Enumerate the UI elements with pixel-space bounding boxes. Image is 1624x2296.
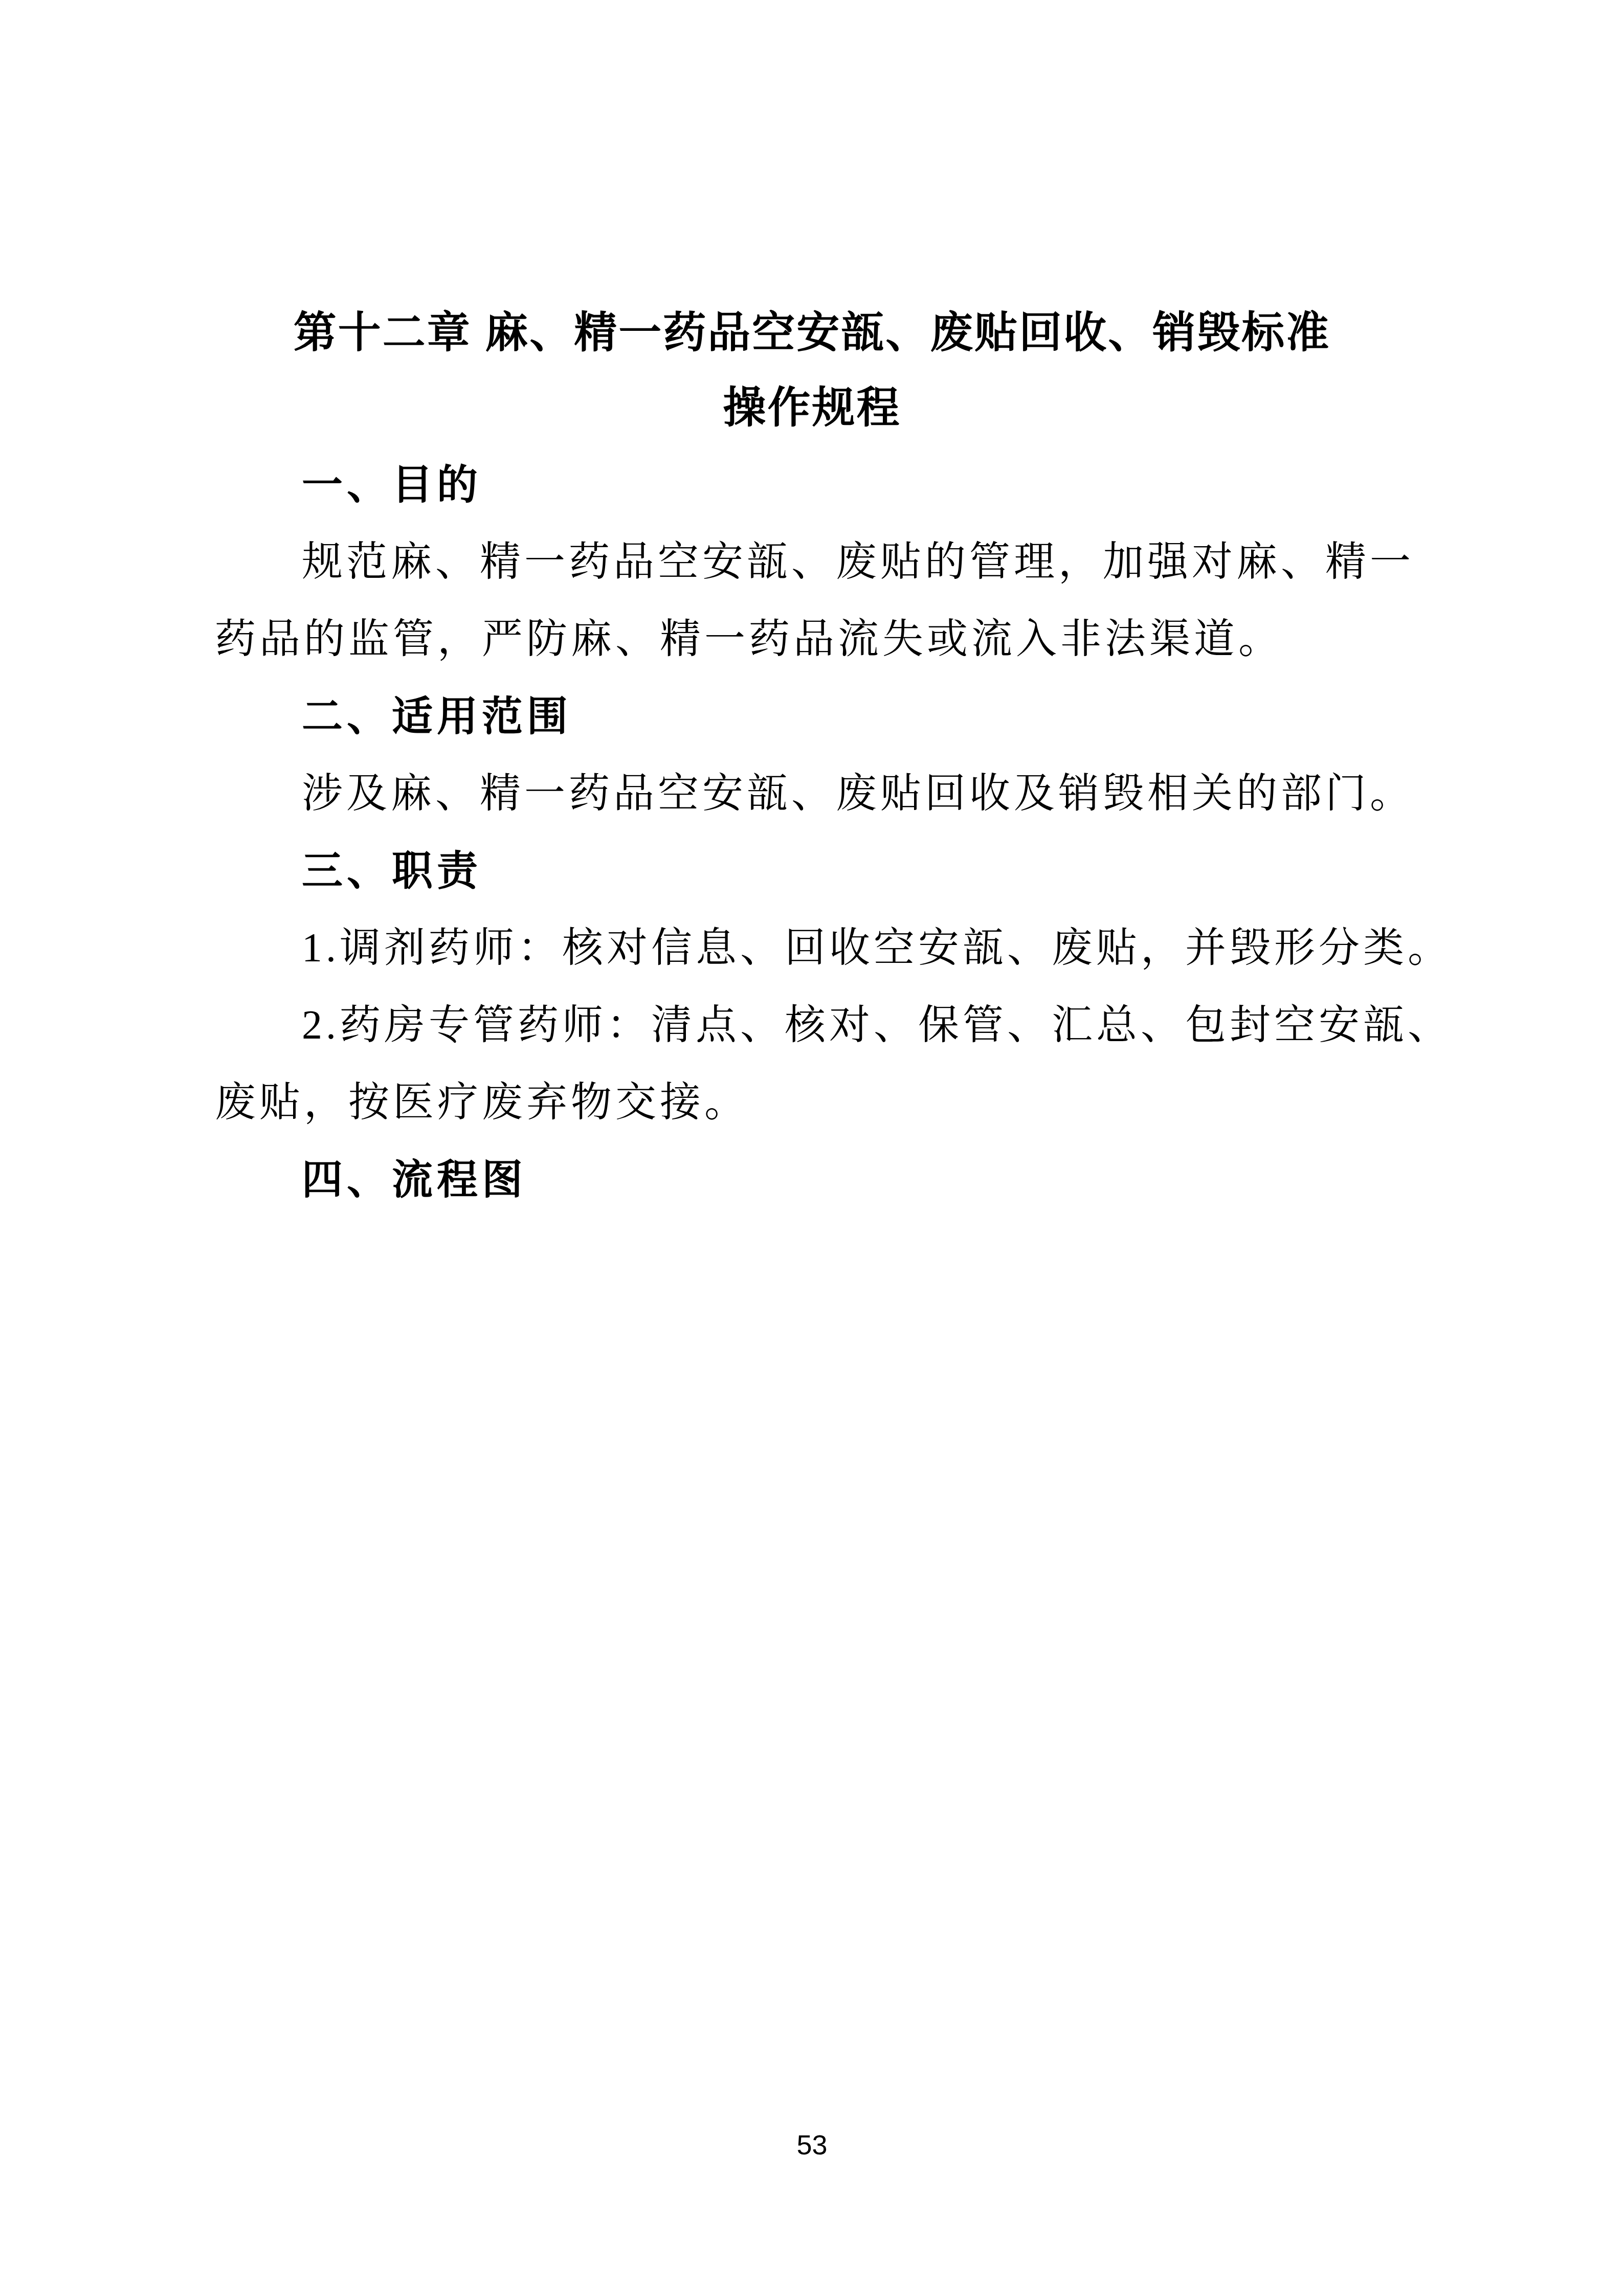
paragraph-duty2-line2: 废贴，按医疗废弃物交接。: [215, 1064, 1409, 1141]
document-page: 第十二章 麻、精一药品空安瓿、废贴回收、销毁标准 操作规程 一、目的 规范麻、精…: [0, 0, 1624, 2296]
heading-scope: 二、适用范围: [215, 678, 1409, 755]
heading-duties: 三、职责: [215, 832, 1409, 909]
heading-flowchart: 四、流程图: [215, 1141, 1409, 1218]
chapter-title-line1: 第十二章 麻、精一药品空安瓿、废贴回收、销毁标准: [215, 294, 1409, 371]
paragraph-purpose-line1: 规范麻、精一药品空安瓿、废贴的管理，加强对麻、精一: [215, 524, 1409, 600]
paragraph-scope-line1: 涉及麻、精一药品空安瓿、废贴回收及销毁相关的部门。: [215, 755, 1409, 832]
page-number: 53: [0, 2122, 1624, 2168]
paragraph-duty1-line1: 1.调剂药师：核对信息、回收空安瓿、废贴，并毁形分类。: [215, 910, 1409, 986]
paragraph-duty2-line1: 2.药房专管药师：清点、核对、保管、汇总、包封空安瓿、: [215, 987, 1409, 1064]
paragraph-purpose-line2: 药品的监管，严防麻、精一药品流失或流入非法渠道。: [215, 601, 1409, 678]
heading-purpose: 一、目的: [215, 446, 1409, 523]
chapter-title-line2: 操作规程: [215, 369, 1409, 446]
